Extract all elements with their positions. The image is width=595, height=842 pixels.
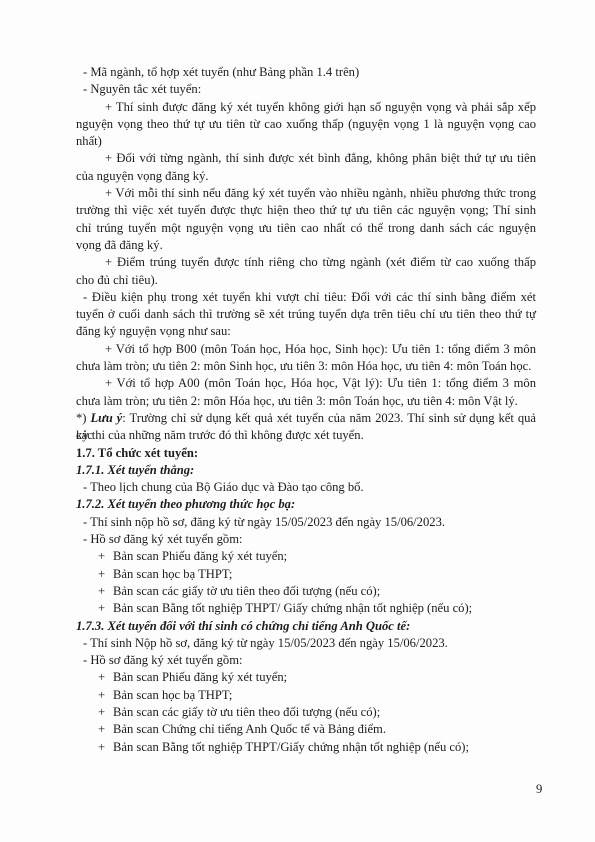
text-line: + Với tổ hợp B00 (môn Toán học, Hóa học,… — [76, 341, 536, 358]
text-line: + Với tổ hợp A00 (môn Toán học, Hóa học,… — [76, 375, 536, 392]
docs-label: - Hồ sơ đăng ký xét tuyển gồm: — [76, 531, 536, 548]
bullet-plus-icon: + — [98, 583, 113, 600]
list-item: +Bản scan Chứng chỉ tiếng Anh Quốc tế và… — [76, 721, 536, 738]
text-line: - Nguyên tắc xét tuyển: — [76, 81, 536, 98]
text-line: chỉ trúng tuyển một nguyện vọng ưu tiên … — [76, 220, 536, 237]
document-page: - Mã ngành, tổ hợp xét tuyển (như Bảng p… — [0, 0, 595, 842]
subsection-heading-1-7-3: 1.7.3. Xét tuyển đối với thí sinh có chứ… — [76, 618, 536, 635]
list-item-text: Bản scan học bạ THPT; — [113, 567, 232, 581]
text-line: - Mã ngành, tổ hợp xét tuyển (như Bảng p… — [76, 64, 536, 81]
text-line: + Điểm trúng tuyển được tính riêng cho t… — [76, 254, 536, 271]
bullet-plus-icon: + — [98, 566, 113, 583]
list-item: +Bản scan Phiếu đăng ký xét tuyển; — [76, 669, 536, 686]
deadline-text: - Thí sinh Nộp hồ sơ, đăng ký từ ngày 15… — [76, 635, 536, 652]
text-line: - Theo lịch chung của Bộ Giáo dục và Đào… — [76, 479, 536, 496]
list-item-text: Bản scan học bạ THPT; — [113, 688, 232, 702]
list-item: +Bản scan các giấy tờ ưu tiên theo đối t… — [76, 583, 536, 600]
list-item-text: Bản scan các giấy tờ ưu tiên theo đối tư… — [113, 705, 380, 719]
text-line: vọng đã đăng ký. — [76, 237, 536, 254]
note-prefix: *) — [76, 411, 90, 425]
bullet-plus-icon: + — [98, 548, 113, 565]
text-line: + Thí sinh được đăng ký xét tuyển không … — [76, 99, 536, 116]
bullet-plus-icon: + — [98, 721, 113, 738]
list-item: +Bản scan học bạ THPT; — [76, 566, 536, 583]
list-item: +Bản scan Bằng tốt nghiệp THPT/ Giấy chứ… — [76, 600, 536, 617]
list-item-text: Bản scan Chứng chỉ tiếng Anh Quốc tế và … — [113, 722, 386, 736]
page-number: 9 — [536, 781, 542, 798]
text-line: chưa làm tròn; ưu tiên 2: môn Hóa học, ư… — [76, 393, 536, 410]
list-item: +Bản scan Bằng tốt nghiệp THPT/Giấy chứn… — [76, 739, 536, 756]
page-content: - Mã ngành, tổ hợp xét tuyển (như Bảng p… — [76, 64, 536, 756]
section-heading-1-7: 1.7. Tổ chức xét tuyển: — [76, 445, 536, 462]
list-item-text: Bản scan Bằng tốt nghiệp THPT/ Giấy chứn… — [113, 601, 472, 615]
text-line: chưa làm tròn; ưu tiên 2: môn Sinh học, … — [76, 358, 536, 375]
text-line: kỳ thi của những năm trước đó thì không … — [76, 427, 536, 444]
list-item: +Bản scan học bạ THPT; — [76, 687, 536, 704]
bullet-plus-icon: + — [98, 600, 113, 617]
text-line: + Với mỗi thí sinh nếu đăng ký xét tuyển… — [76, 185, 536, 202]
subsection-heading-1-7-2: 1.7.2. Xét tuyển theo phương thức học bạ… — [76, 496, 536, 513]
text-line: đăng ký nguyện vọng như sau: — [76, 323, 536, 340]
bullet-plus-icon: + — [98, 687, 113, 704]
bullet-plus-icon: + — [98, 669, 113, 686]
text-line: - Điều kiện phụ trong xét tuyển khi vượt… — [76, 289, 536, 306]
text-line: tuyển ở cuối danh sách thì trường sẽ xét… — [76, 306, 536, 323]
text-line: nhất) — [76, 133, 536, 150]
note-label: Lưu ý — [90, 411, 122, 425]
docs-label: - Hồ sơ đăng ký xét tuyển gồm: — [76, 652, 536, 669]
note-line: *) Lưu ý: Trường chỉ sử dụng kết quả xét… — [76, 410, 536, 427]
text-line: nguyện vọng theo thứ tự ưu tiên từ cao x… — [76, 116, 536, 133]
deadline-text: - Thí sinh nộp hồ sơ, đăng ký từ ngày 15… — [76, 514, 536, 531]
text-line: của nguyện vọng đăng ký. — [76, 168, 536, 185]
list-item: +Bản scan Phiếu đăng ký xét tuyển; — [76, 548, 536, 565]
text-line: trường thì việc xét tuyển được thực hiện… — [76, 202, 536, 219]
text-line: + Đối với từng ngành, thí sinh được xét … — [76, 150, 536, 167]
text-line: cho đủ chỉ tiêu). — [76, 272, 536, 289]
list-item: +Bản scan các giấy tờ ưu tiên theo đối t… — [76, 704, 536, 721]
subsection-heading-1-7-1: 1.7.1. Xét tuyển thẳng: — [76, 462, 536, 479]
bullet-plus-icon: + — [98, 739, 113, 756]
list-item-text: Bản scan Phiếu đăng ký xét tuyển; — [113, 670, 287, 684]
list-item-text: Bản scan Phiếu đăng ký xét tuyển; — [113, 549, 287, 563]
list-item-text: Bản scan Bằng tốt nghiệp THPT/Giấy chứng… — [113, 740, 469, 754]
bullet-plus-icon: + — [98, 704, 113, 721]
list-item-text: Bản scan các giấy tờ ưu tiên theo đối tư… — [113, 584, 380, 598]
